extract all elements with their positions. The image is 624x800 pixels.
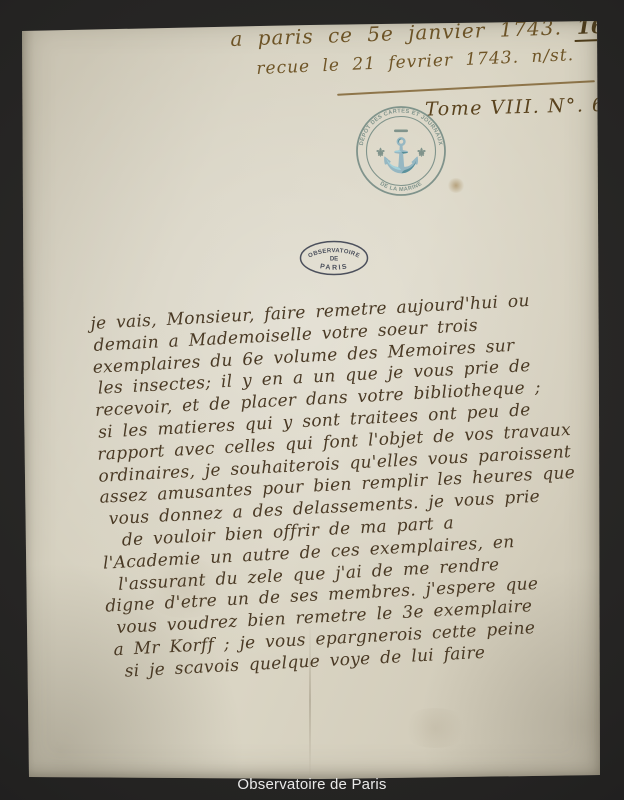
paper-stain [447,178,465,193]
photo-background: a paris ce 5e janvier 1743. 168 recue le… [0,0,624,800]
annotation-folio-number: 168 [573,13,622,42]
annotation-tome-reference: Tome VIII. N°. 68. [425,93,624,120]
oval-stamp-line2: DE [330,257,338,263]
annotation-place-date: a paris ce 5e janvier 1743. [230,15,562,51]
fleur-de-lis-icon: ⚜ [375,146,386,160]
letter-body: je vais, Monsieur, faire remetre aujourd… [90,288,614,684]
crown-icon [394,130,408,133]
annotation-underline-stroke [337,80,595,95]
manuscript-paper: a paris ce 5e janvier 1743. 168 recue le… [20,18,600,780]
photo-caption: Observatoire de Paris [0,776,624,793]
observatoire-oval-stamp: OBSERVATOIRE DE PARIS [296,238,372,278]
paper-stain [400,708,470,748]
fleur-de-lis-icon: ⚜ [416,146,427,160]
marine-depot-stamp: DÉPÔT DES CARTES ET JOURNAUX DE LA MARIN… [353,103,449,199]
oval-stamp-line3: PARIS [319,263,348,271]
